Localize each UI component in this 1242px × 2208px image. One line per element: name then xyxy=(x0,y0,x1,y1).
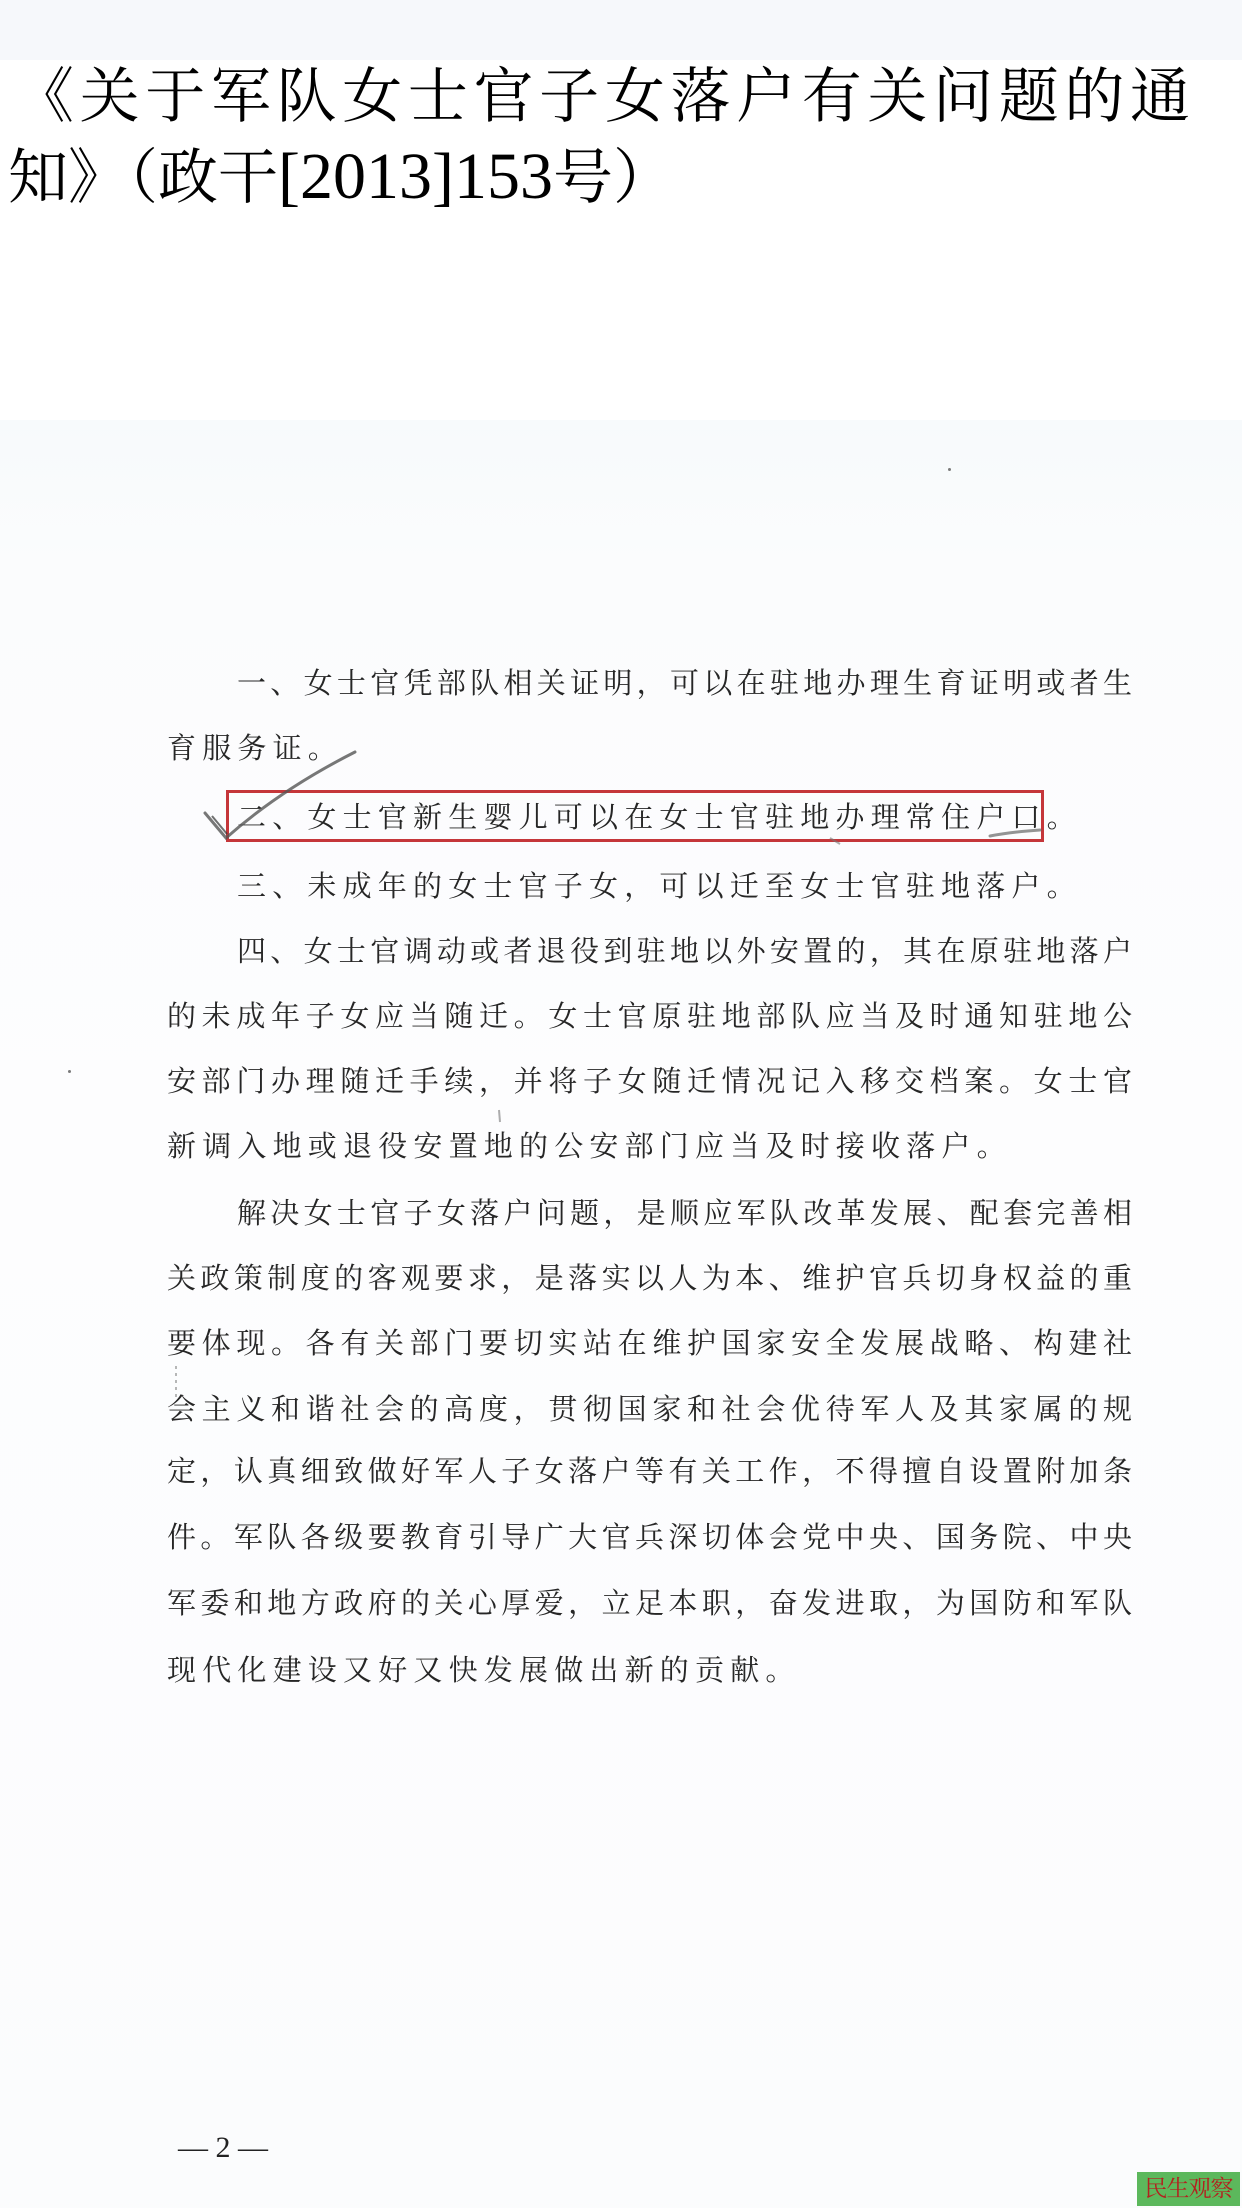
body-line: 关政策制度的客观要求，是落实以人为本、维护官兵切身权益的重 xyxy=(167,1256,1132,1300)
body-line: 一、女士官凭部队相关证明，可以在驻地办理生育证明或者生 xyxy=(237,661,1132,705)
title-line-2-prefix: 知》（政干 xyxy=(8,143,278,213)
body-line: 要体现。各有关部门要切实站在维护国家安全发展战略、构建社 xyxy=(167,1321,1132,1365)
body-line: 军委和地方政府的关心厚爱，立足本职，奋发进取，为国防和军队 xyxy=(167,1581,1132,1625)
body-line: 育服务证。 xyxy=(167,726,1132,770)
highlight-box xyxy=(226,790,1044,842)
body-line: 定，认真细致做好军人子女落户等有关工作，不得擅自设置附加条 xyxy=(167,1449,1132,1493)
body-line: 件。军队各级要教育引导广大官兵深切体会党中央、国务院、中央 xyxy=(167,1515,1132,1559)
body-line: 现代化建设又好又快发展做出新的贡献。 xyxy=(167,1648,1132,1692)
scan-speck xyxy=(948,468,951,471)
body-line: 新调入地或退役安置地的公安部门应当及时接收落户。 xyxy=(167,1124,1132,1168)
top-strip xyxy=(0,0,1242,60)
document-number: [2013]153 xyxy=(278,140,553,213)
body-line: 会主义和谐社会的高度，贯彻国家和社会优待军人及其家属的规 xyxy=(167,1387,1132,1431)
body-line: 三、未成年的女士官子女，可以迁至女士官驻地落户。 xyxy=(237,864,1132,908)
watermark-badge: 民生观察 xyxy=(1137,2172,1240,2206)
page-number: — 2 — xyxy=(178,2128,293,2168)
body-line: 安部门办理随迁手续，并将子女随迁情况记入移交档案。女士官 xyxy=(167,1059,1132,1103)
body-line: 解决女士官子女落户问题，是顺应军队改革发展、配套完善相 xyxy=(237,1191,1132,1235)
title-line-2: 知》（政干[2013]153号） xyxy=(8,142,673,213)
body-line: 四、女士官调动或者退役到驻地以外安置的，其在原驻地落户 xyxy=(237,929,1132,973)
title-line-2-suffix: 号） xyxy=(553,143,673,213)
body-line: 的未成年子女应当随迁。女士官原驻地部队应当及时通知驻地公 xyxy=(167,994,1132,1038)
title-line-1: 《关于军队女士官子女落户有关问题的通 xyxy=(14,62,1190,132)
scan-speck xyxy=(68,1070,71,1073)
